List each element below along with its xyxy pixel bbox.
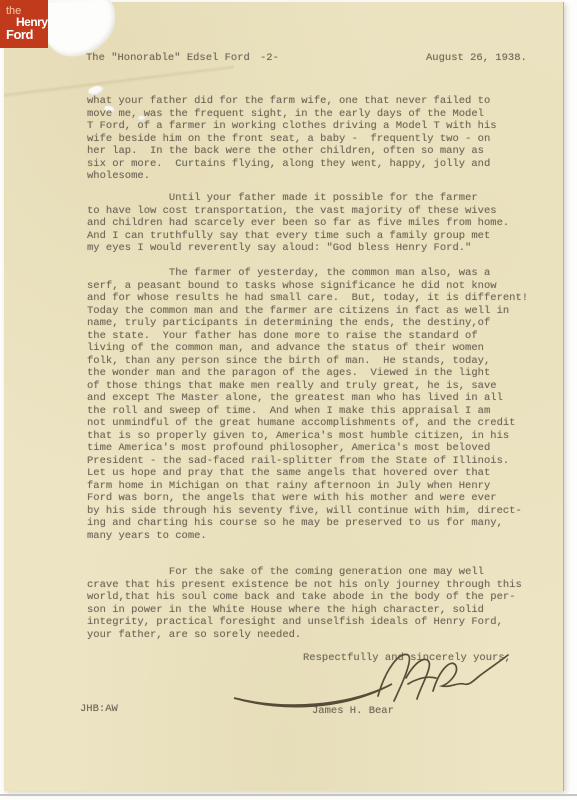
logo-word-ford: Ford — [6, 28, 33, 41]
body-paragraph-3: The farmer of yesterday, the common man … — [87, 267, 567, 542]
henry-ford-logo: the Henry Ford — [0, 0, 48, 48]
header-page-number: -2- — [260, 52, 279, 65]
header-date: August 26, 1938. — [426, 52, 527, 65]
reference-initials: JHB:AW — [80, 703, 118, 716]
paper-crease — [4, 64, 234, 98]
body-paragraph-1: what your father did for the farm wife, … — [87, 95, 567, 183]
header-recipient: The "Honorable" Edsel Ford — [86, 52, 250, 65]
signature-typed-name: James H. Bear — [312, 705, 394, 718]
body-paragraph-4: For the sake of the coming generation on… — [87, 566, 567, 641]
scanned-letter-page: the Henry Ford The "Honorable" Edsel For… — [0, 0, 577, 800]
scan-edge-line — [0, 794, 577, 796]
body-paragraph-2: Until your father made it possible for t… — [87, 192, 567, 255]
